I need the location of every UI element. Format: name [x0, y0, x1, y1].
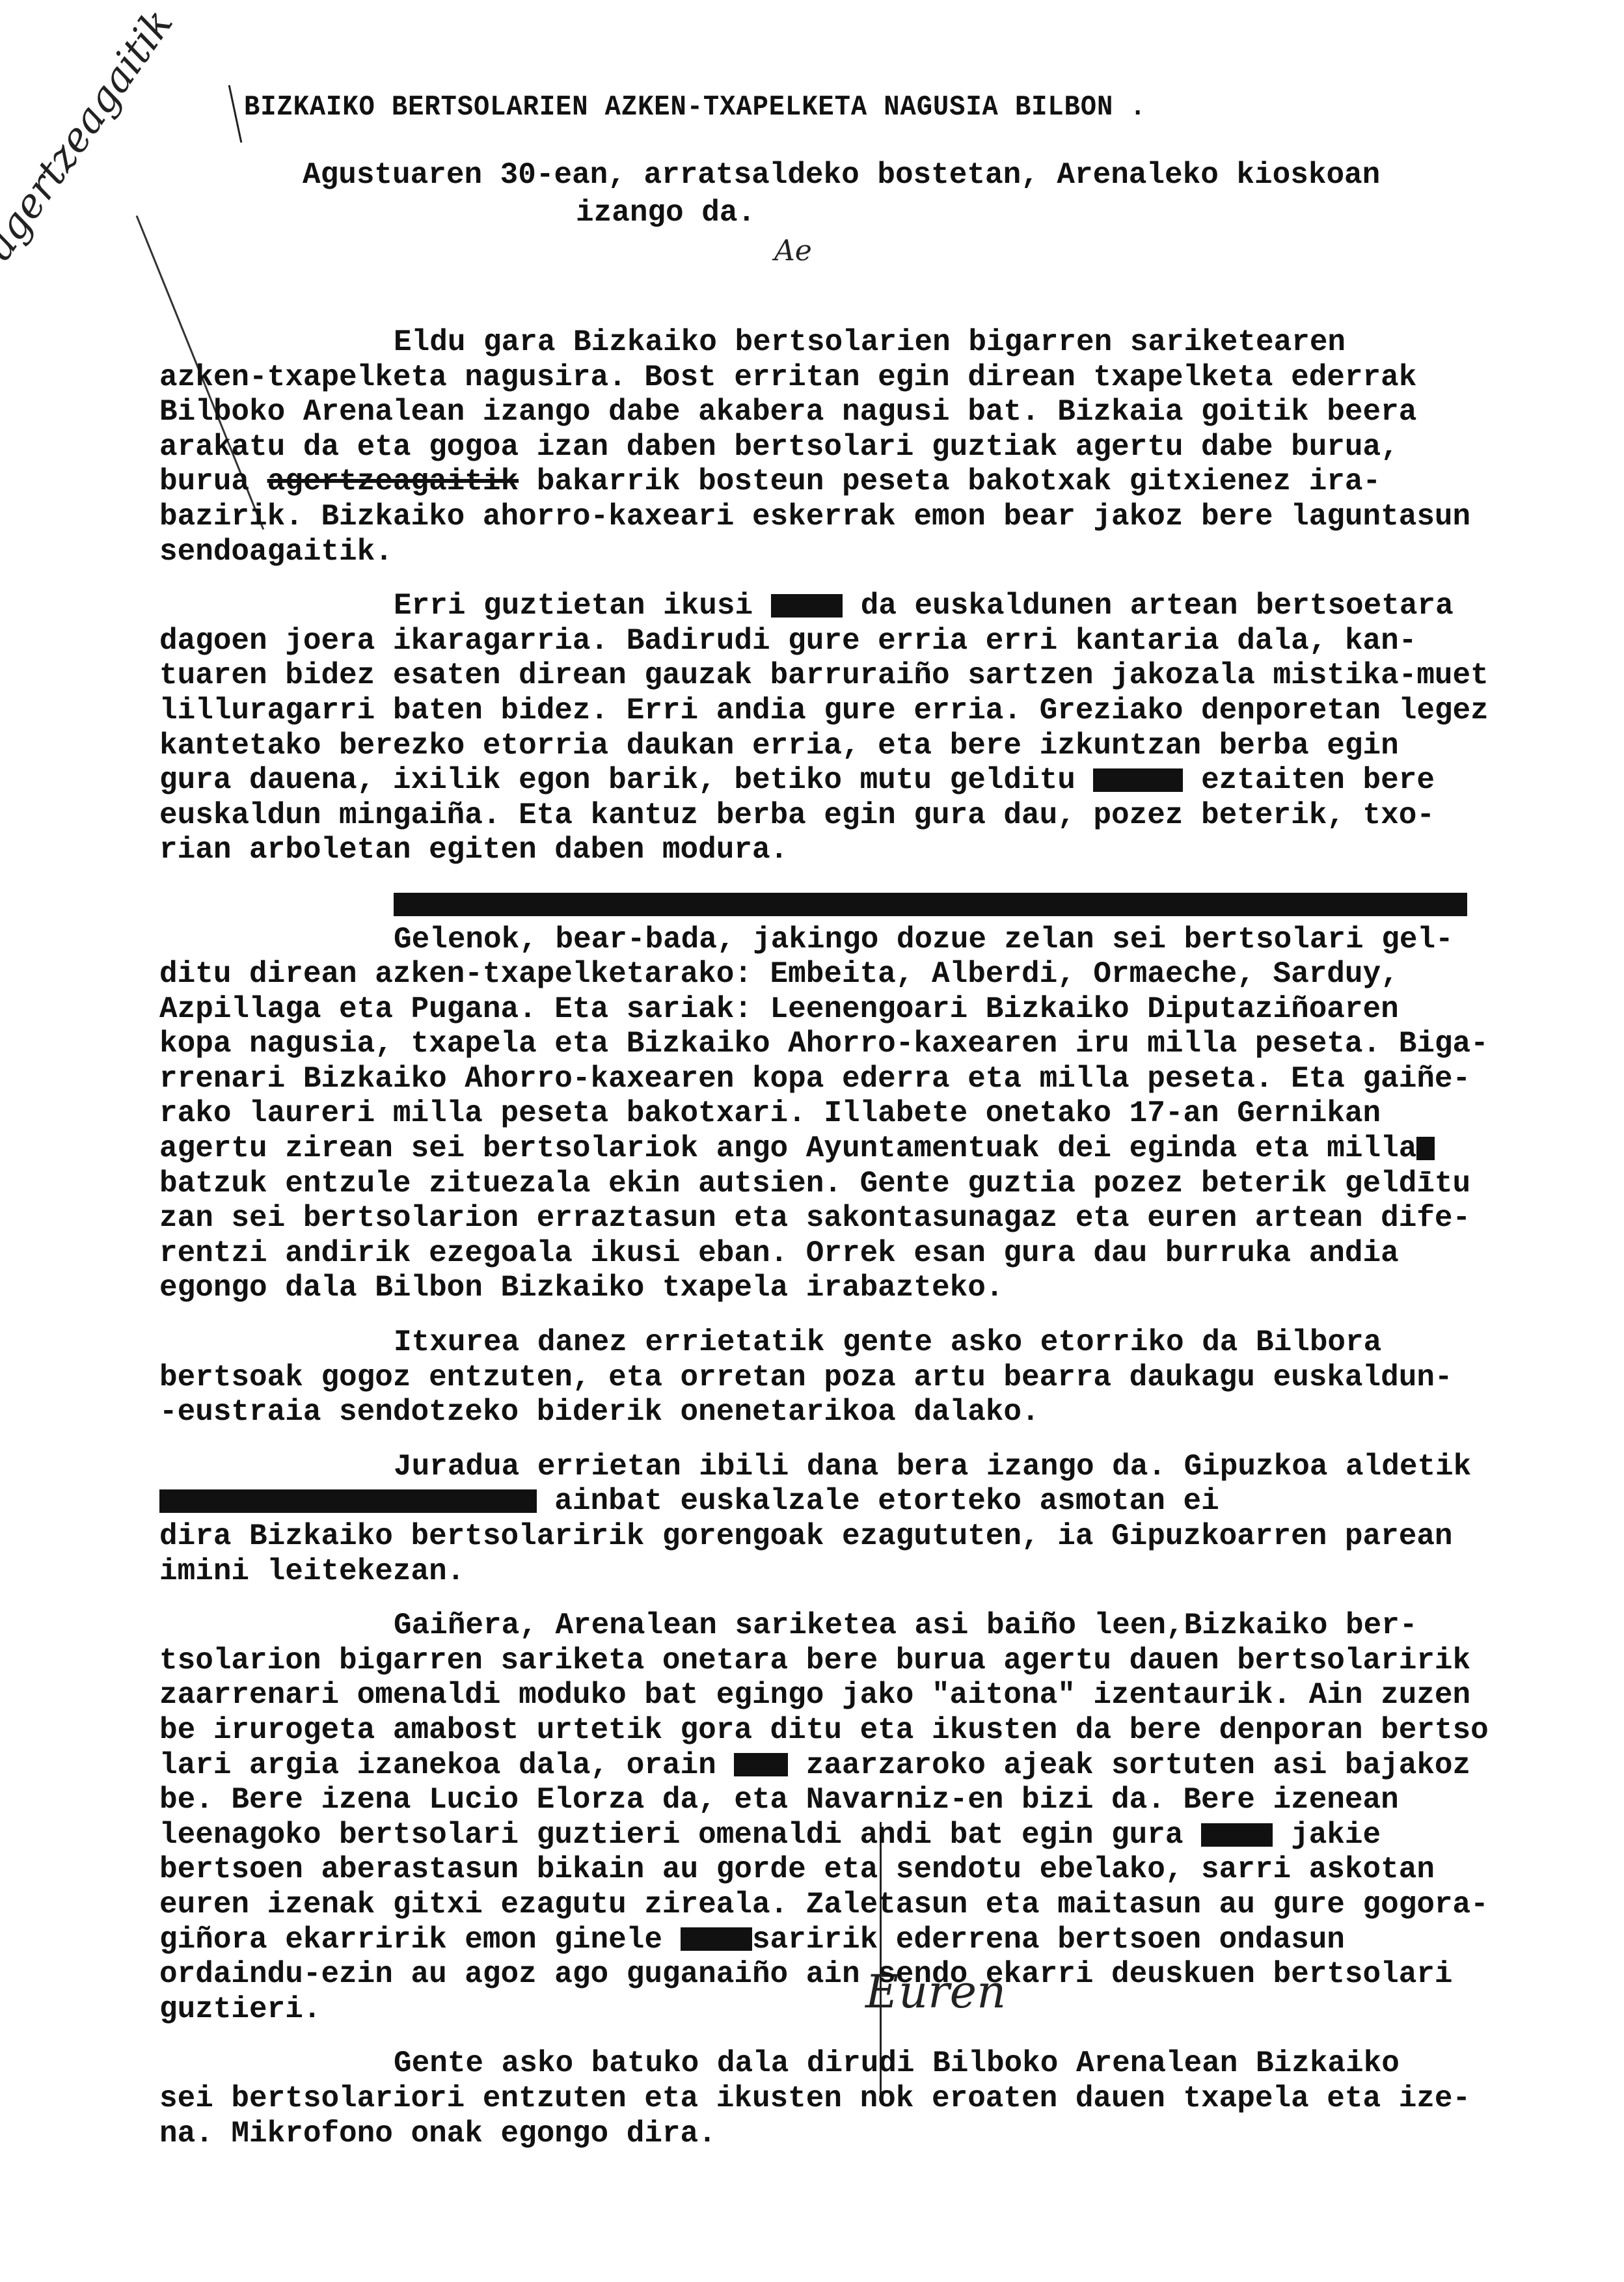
- text-line: rako laureri milla peseta bakotxari. Ill…: [159, 1096, 1617, 1132]
- handwritten-insert-mark: Ae: [774, 234, 812, 267]
- text-line: kopa nagusia, txapela eta Bizkaiko Ahorr…: [159, 1027, 1617, 1062]
- text-line: rentzi andirik ezegoala ikusi eban. Orre…: [159, 1236, 1617, 1271]
- redaction-bar: ■■■■: [681, 1927, 752, 1951]
- text-line: giñora ekarririk emon ginele ■■■■saririk…: [159, 1923, 1617, 1958]
- text-line: Gente asko batuko dala dirudi Bilboko Ar…: [159, 2046, 1617, 2082]
- article-body: Eldu gara Bizkaiko bertsolarien bigarren…: [159, 325, 1617, 2151]
- redaction-bar: ■: [1416, 1137, 1435, 1160]
- redaction-bar: ■■■: [734, 1753, 788, 1776]
- text-line: euskaldun mingaiña. Eta kantuz berba egi…: [159, 798, 1617, 834]
- paragraph-gap: [159, 569, 1617, 589]
- paragraph-gap: [159, 1430, 1617, 1450]
- text-line: dira Bizkaiko bertsolaririk gorengoak ez…: [159, 1519, 1617, 1555]
- text-line: guztieri.: [159, 1992, 1617, 2028]
- document-subtitle: Agustuaren 30-ean, arratsaldeko bostetan…: [303, 156, 1380, 232]
- text-line: Gelenok, bear-bada, jakingo dozue zelan …: [159, 923, 1617, 958]
- text-line: leenagoko bertsolari guztieri omenaldi a…: [159, 1818, 1617, 1853]
- text-line: euren izenak gitxi ezagutu zireala. Zale…: [159, 1888, 1617, 1923]
- text-line: egongo dala Bilbon Bizkaiko txapela irab…: [159, 1271, 1617, 1306]
- text-line: -eustraia sendotzeko biderik onenetariko…: [159, 1395, 1617, 1430]
- text-line: kantetako berezko etorria daukan erria, …: [159, 729, 1617, 764]
- text-line: Gaiñera, Arenalean sariketea asi baiño l…: [159, 1609, 1617, 1644]
- text-line: batzuk entzule zituezala ekin autsien. G…: [159, 1167, 1617, 1202]
- text-line: zaarrenari omenaldi moduko bat egingo ja…: [159, 1678, 1617, 1713]
- text-line: ordaindu-ezin au agoz ago guganaiño ain …: [159, 1957, 1617, 1992]
- text-line: imini leitekezan.: [159, 1555, 1617, 1590]
- text-line: sendoagaitik.: [159, 535, 1617, 570]
- paragraph-gap: [159, 1306, 1617, 1325]
- text-line: bertsoen aberastasun bikain au gorde eta…: [159, 1853, 1617, 1888]
- text-line: Itxurea danez errietatik gente asko etor…: [159, 1325, 1617, 1361]
- subtitle-line-1: Agustuaren 30-ean, arratsaldeko bostetan…: [303, 158, 1380, 192]
- document-title: BIZKAIKO BERTSOLARIEN AZKEN-TXAPELKETA N…: [244, 91, 1146, 124]
- text-line: tsolarion bigarren sariketa onetara bere…: [159, 1644, 1617, 1679]
- text-line: ■■■■■■■■■■■■■■■■■■■■■ ainbat euskalzale …: [159, 1484, 1617, 1519]
- text-line: ditu direan azken-txapelketarako: Embeit…: [159, 957, 1617, 992]
- text-line: zan sei bertsolarion erraztasun eta sako…: [159, 1201, 1617, 1236]
- text-line: bertsoak gogoz entzuten, eta orretan poz…: [159, 1361, 1617, 1396]
- text-line: bazirik. Bizkaiko ahorro-kaxeari eskerra…: [159, 500, 1617, 535]
- text-line: rrenari Bizkaiko Ahorro-kaxearen kopa ed…: [159, 1062, 1617, 1097]
- redaction-bar: ■■■■■: [1093, 768, 1183, 792]
- text-line: Eldu gara Bizkaiko bertsolarien bigarren…: [159, 325, 1617, 360]
- text-line: lari argia izanekoa dala, orain ■■■ zaar…: [159, 1748, 1617, 1784]
- paragraph-gap: [159, 868, 1617, 888]
- text-line: arakatu da eta gogoa izan daben bertsola…: [159, 430, 1617, 465]
- text-line: Juradua errietan ibili dana bera izango …: [159, 1450, 1617, 1485]
- handwritten-margin-note: agertzeagaitik: [0, 0, 182, 269]
- redaction-bar: ■■■■■■■■■■■■■■■■■■■■■: [159, 1489, 537, 1513]
- subtitle-line-2: izango da.: [303, 194, 1380, 232]
- redaction-bar: ■■■■: [1201, 1823, 1273, 1847]
- redaction-bar: [394, 893, 1467, 916]
- text-line: Erri guztietan ikusi ■■■■ da euskaldunen…: [159, 589, 1617, 624]
- struck-out-line: [159, 888, 1617, 923]
- text-line: tuaren bidez esaten direan gauzak barrur…: [159, 659, 1617, 694]
- typewritten-page: BIZKAIKO BERTSOLARIEN AZKEN-TXAPELKETA N…: [0, 0, 1624, 2282]
- text-line: lilluragarri baten bidez. Erri andia gur…: [159, 694, 1617, 729]
- paragraph-gap: [159, 2027, 1617, 2046]
- text-line: burua agertzeagaitik bakarrik bosteun pe…: [159, 465, 1617, 500]
- paragraph-gap: [159, 1589, 1617, 1609]
- struck-word: agertzeagaitik: [267, 465, 519, 498]
- text-line: be irurogeta amabost urtetik gora ditu e…: [159, 1713, 1617, 1748]
- text-line: rian arboletan egiten daben modura.: [159, 833, 1617, 868]
- text-line: na. Mikrofono onak egongo dira.: [159, 2117, 1617, 2152]
- text-line: dagoen joera ikaragarria. Badirudi gure …: [159, 624, 1617, 659]
- text-line: Azpillaga eta Pugana. Eta sariak: Leenen…: [159, 992, 1617, 1027]
- redaction-bar: ■■■■: [771, 594, 843, 618]
- text-line: agertu zirean sei bertsolariok ango Ayun…: [159, 1132, 1617, 1167]
- text-line: azken-txapelketa nagusira. Bost erritan …: [159, 360, 1617, 396]
- text-line: sei bertsolariori entzuten eta ikusten n…: [159, 2082, 1617, 2117]
- text-line: be. Bere izena Lucio Elorza da, eta Nava…: [159, 1783, 1617, 1818]
- pen-stroke-title-mark: [228, 85, 243, 143]
- text-line: gura dauena, ixilik egon barik, betiko m…: [159, 763, 1617, 798]
- text-line: Bilboko Arenalean izango dabe akabera na…: [159, 395, 1617, 430]
